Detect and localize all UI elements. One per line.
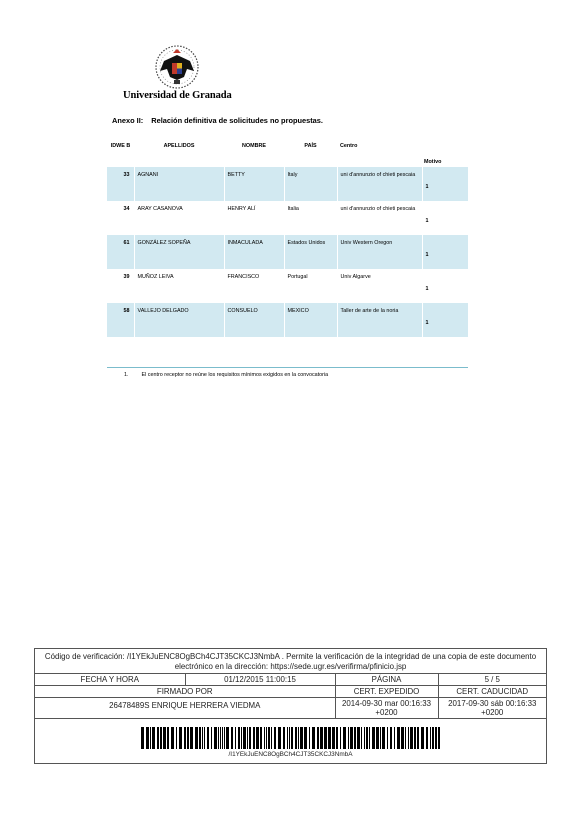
cell-nombre: FRANCISCO [224, 269, 284, 303]
header-idweb: IDWE B [107, 140, 134, 167]
table-row: 58 VALLEJO DELGADO CONSUELO MEXICO Talle… [107, 303, 468, 337]
header-pais: PAÍS [284, 140, 337, 167]
barcode-text: /I1YEkJuENC8OgBCh4CJT35CKCJ3NmbA [35, 750, 546, 759]
cell-motivo: 1 [422, 235, 468, 269]
barcode-icon [141, 727, 441, 749]
cell-nombre: CONSUELO [224, 303, 284, 337]
firmante: 26478489S ENRIQUE HERRERA VIEDMA [35, 698, 335, 719]
cell-centro: uni d'annunzio of chieti pescaia [337, 201, 422, 235]
fecha-value: 01/12/2015 11:00:15 [185, 674, 335, 686]
cell-centro: Taller de arte de la noria [337, 303, 422, 337]
header-motivo: Motivo [422, 140, 468, 167]
verification-code-text: Código de verificación: /I1YEkJuENC8OgBC… [35, 649, 546, 674]
cell-centro: Univ Western Oregon [337, 235, 422, 269]
cell-nombre: INMACULADA [224, 235, 284, 269]
pagina-value: 5 / 5 [438, 674, 546, 686]
annex-heading: Relación definitiva de solicitudes no pr… [151, 116, 323, 125]
signature-table: FECHA Y HORA 01/12/2015 11:00:15 PÁGINA … [35, 674, 546, 763]
header-centro: Centro [337, 140, 422, 167]
annex-label: Anexo II: [112, 116, 143, 125]
table-row: 61 GONZÁLEZ SOPEÑA INMACULADA Estados Un… [107, 235, 468, 269]
cell-pais: Portugal [284, 269, 337, 303]
cell-idweb: 61 [107, 235, 134, 269]
cell-apellidos: ARAY CASANOVA [134, 201, 224, 235]
cert-expedido-label: CERT. EXPEDIDO [335, 686, 438, 698]
cell-apellidos: VALLEJO DELGADO [134, 303, 224, 337]
cell-idweb: 33 [107, 167, 134, 201]
cell-idweb: 39 [107, 269, 134, 303]
pagina-label: PÁGINA [335, 674, 438, 686]
cell-idweb: 34 [107, 201, 134, 235]
table-row: 33 AGNANI BETTY Italy uni d'annunzio of … [107, 167, 468, 201]
footnote-number: 1. [124, 372, 140, 378]
cell-motivo: 1 [422, 269, 468, 303]
cell-nombre: BETTY [224, 167, 284, 201]
cert-caducidad-label: CERT. CADUCIDAD [438, 686, 546, 698]
footnote-text: El centro receptor no reúne los requisit… [142, 372, 329, 378]
table-header-row: IDWE B APELLIDOS NOMBRE PAÍS Centro Moti… [107, 140, 468, 167]
cell-pais: Estados Unidos [284, 235, 337, 269]
annex-title: Anexo II: Relación definitiva de solicit… [112, 116, 323, 125]
verification-box: Código de verificación: /I1YEkJuENC8OgBC… [34, 648, 547, 764]
header-nombre: NOMBRE [224, 140, 284, 167]
cell-motivo: 1 [422, 167, 468, 201]
cell-apellidos: GONZÁLEZ SOPEÑA [134, 235, 224, 269]
table-row: 34 ARAY CASANOVA HENRY ALÍ Italia uni d'… [107, 201, 468, 235]
cert-expedido-value: 2014-09-30 mar 00:16:33 +0200 [335, 698, 438, 719]
cell-centro: uni d'annunzio of chieti pescaia [337, 167, 422, 201]
cell-motivo: 1 [422, 201, 468, 235]
cell-motivo: 1 [422, 303, 468, 337]
applications-table: IDWE B APELLIDOS NOMBRE PAÍS Centro Moti… [107, 140, 468, 368]
university-crest-icon [150, 43, 204, 91]
table-row: 39 MUÑOZ LEIVA FRANCISCO Portugal Univ A… [107, 269, 468, 303]
cell-pais: MEXICO [284, 303, 337, 337]
cell-nombre: HENRY ALÍ [224, 201, 284, 235]
table-empty-row [107, 337, 468, 368]
cell-centro: Univ Algarve [337, 269, 422, 303]
institution-name: Universidad de Granada [123, 90, 232, 101]
cell-pais: Italy [284, 167, 337, 201]
cell-apellidos: MUÑOZ LEIVA [134, 269, 224, 303]
cell-idweb: 58 [107, 303, 134, 337]
firmado-label: FIRMADO POR [35, 686, 335, 698]
cell-apellidos: AGNANI [134, 167, 224, 201]
header-apellidos: APELLIDOS [134, 140, 224, 167]
cert-caducidad-value: 2017-09-30 sáb 00:16:33 +0200 [438, 698, 546, 719]
fecha-label: FECHA Y HORA [35, 674, 185, 686]
barcode-cell: /I1YEkJuENC8OgBCh4CJT35CKCJ3NmbA [35, 719, 546, 764]
footnote: 1. El centro receptor no reúne los requi… [124, 372, 328, 378]
cell-pais: Italia [284, 201, 337, 235]
